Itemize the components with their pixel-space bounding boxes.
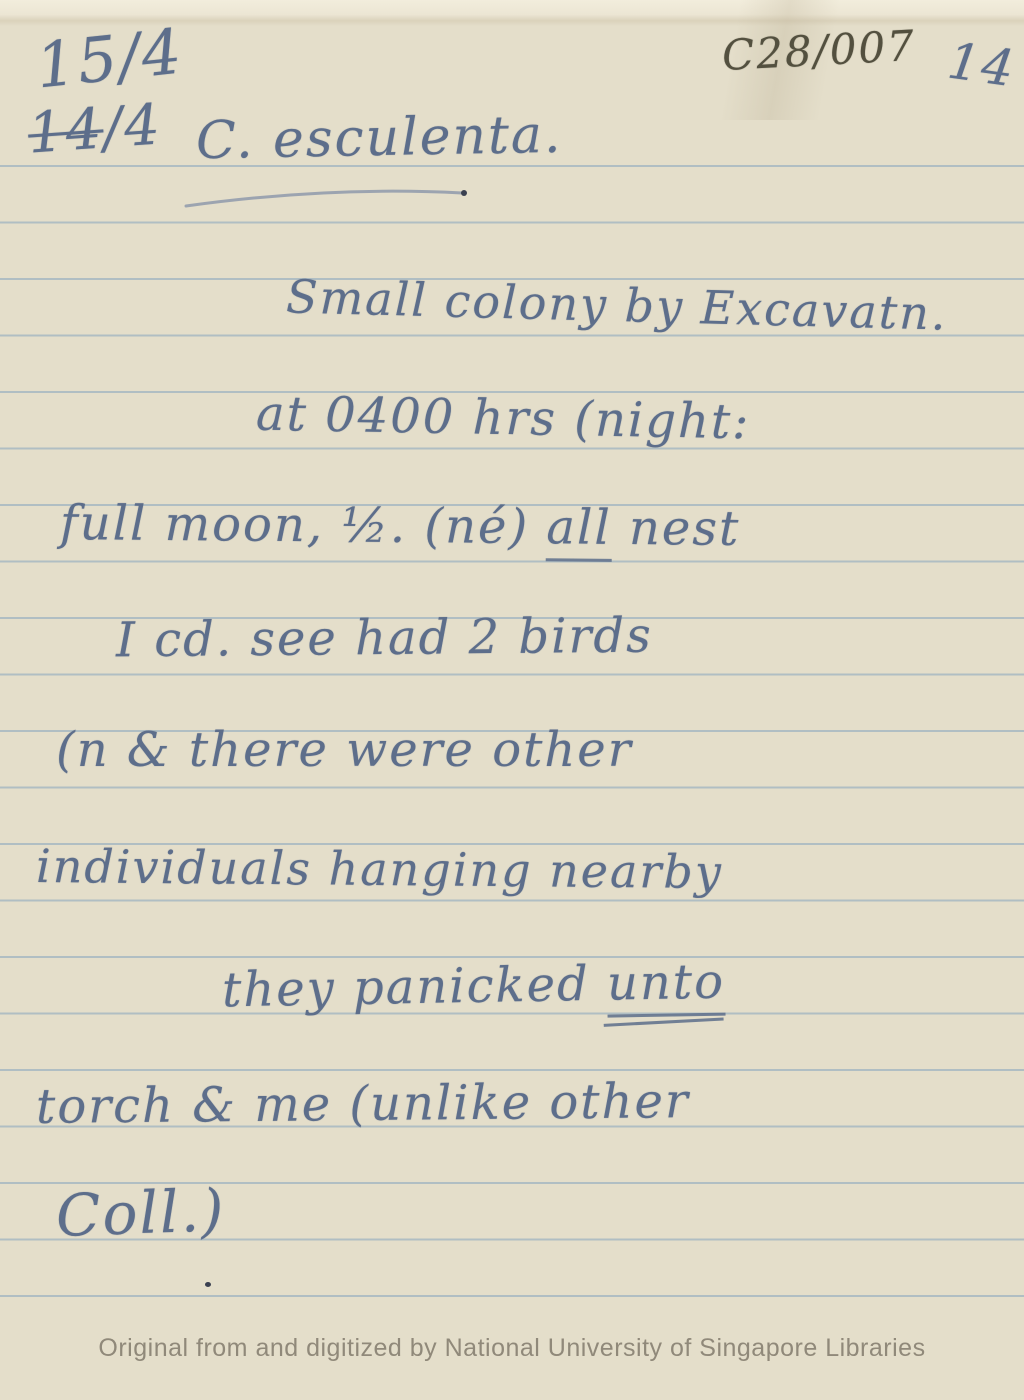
digitization-caption: Original from and digitized by National … xyxy=(0,1334,1024,1363)
struck-date-part: 14 xyxy=(26,96,106,166)
page-number: 14 xyxy=(945,36,1019,95)
title-underline-flourish xyxy=(180,180,480,210)
date-note-struck: 14/4 xyxy=(26,97,163,162)
note-line-6: individuals hanging nearby xyxy=(36,843,723,895)
date-suffix: /4 xyxy=(101,92,164,161)
note-line-9: Coll.) xyxy=(55,1181,226,1245)
note-line-3-pre: full moon, ½. (né) xyxy=(60,495,547,555)
note-line-7-emphasized-word: unto xyxy=(606,954,725,1018)
note-line-2: at 0400 hrs (night: xyxy=(256,390,751,447)
note-line-3-post: nest xyxy=(612,500,741,557)
page-title: C. esculenta. xyxy=(196,109,563,167)
manuscript-page: 15/4 14/4 C. esculenta. C28/007 14 Small… xyxy=(0,0,1024,1400)
note-line-5: (n & there were other xyxy=(56,726,633,774)
note-line-7-pre: they panicked xyxy=(222,956,608,1019)
note-line-8: torch & me (unlike other xyxy=(36,1077,690,1131)
note-line-3: full moon, ½. (né) all nest xyxy=(60,499,741,553)
note-line-7: they panicked unto xyxy=(222,958,726,1015)
date-note: 15/4 xyxy=(33,20,186,97)
ink-speck xyxy=(205,1282,211,1287)
note-line-3-underlined-word: all xyxy=(546,499,612,562)
note-line-4: I cd. see had 2 birds xyxy=(116,612,653,665)
archive-reference: C28/007 xyxy=(721,25,917,77)
